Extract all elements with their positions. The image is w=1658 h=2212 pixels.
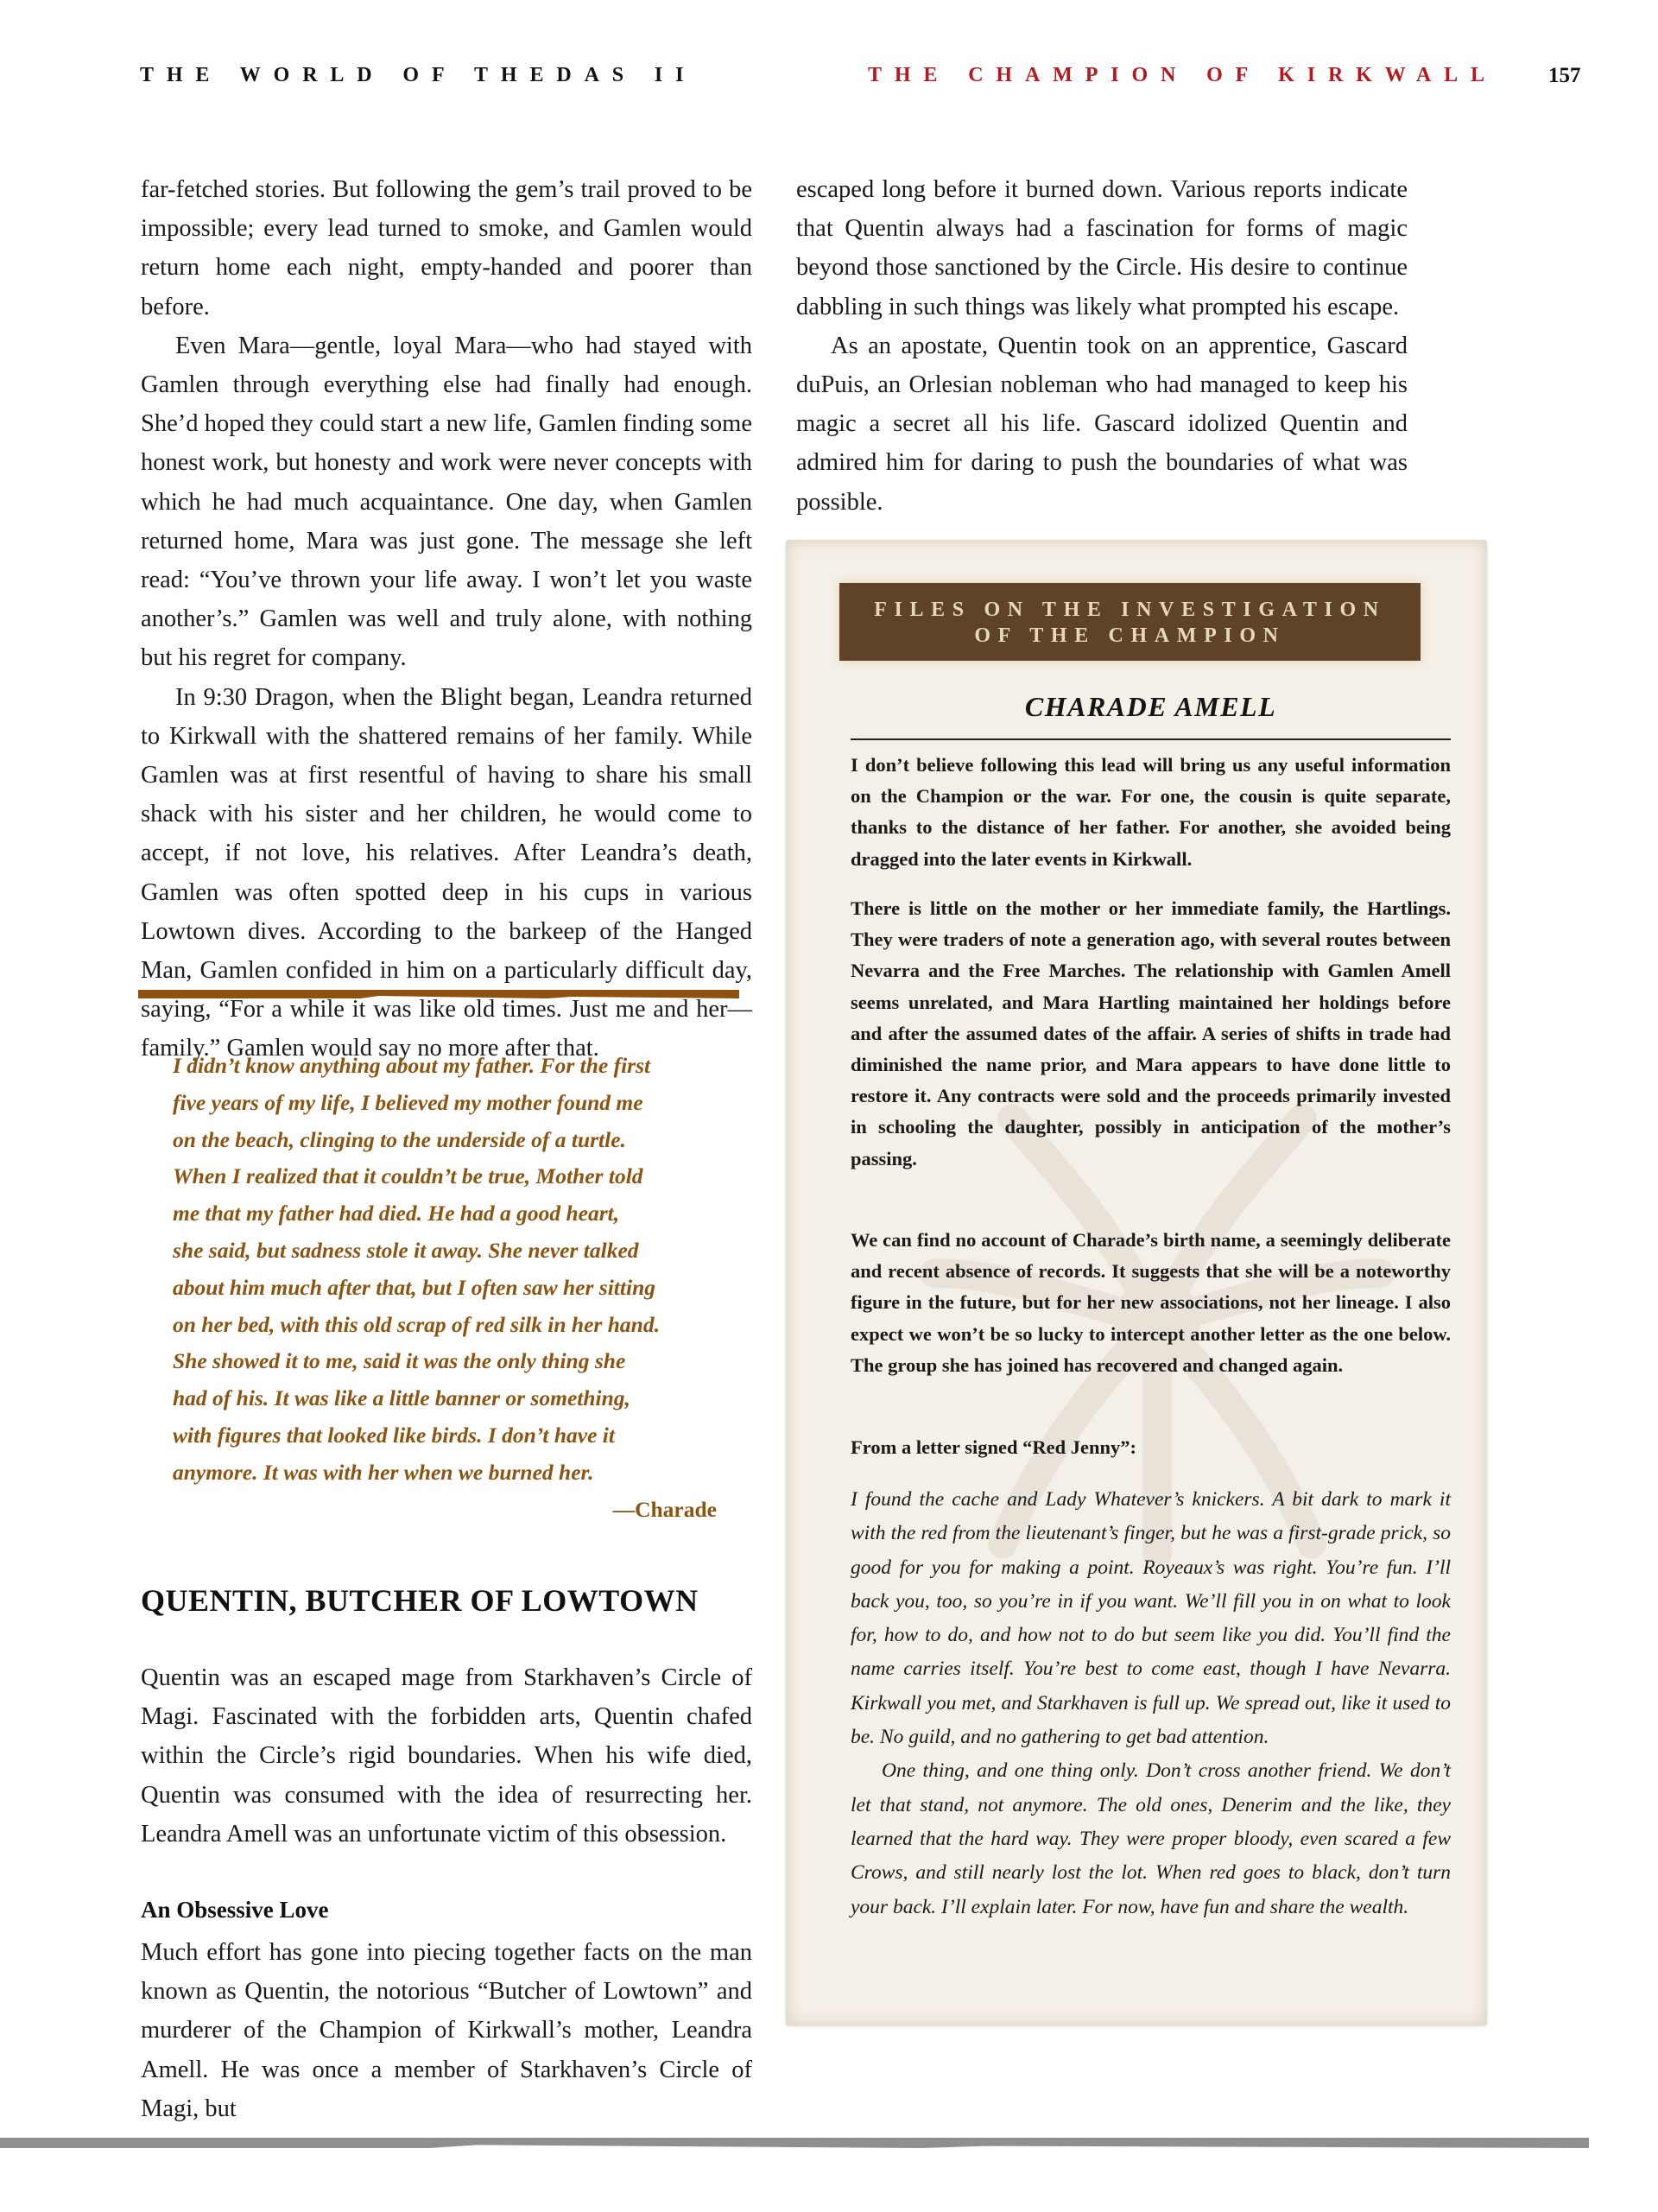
quote-line: on her bed, with this old scrap of red s… — [173, 1307, 708, 1344]
sidebar-paragraph-1: I don’t believe following this lead will… — [851, 750, 1451, 875]
quote-attribution: —Charade — [173, 1492, 717, 1529]
section-heading: QUENTIN, BUTCHER OF LOWTOWN — [141, 1582, 699, 1619]
sidebar-paragraph-3: We can find no account of Charade’s birt… — [851, 1225, 1451, 1381]
page-number: 157 — [1548, 64, 1581, 88]
sidebar-letter-intro: From a letter signed “Red Jenny”: — [851, 1432, 1451, 1463]
sidebar-text: From a letter signed “Red Jenny”: — [851, 1432, 1451, 1463]
right-column-body: escaped long before it burned down. Vari… — [796, 170, 1408, 522]
quote-line: She showed it to me, said it was the onl… — [173, 1343, 708, 1380]
subsection-body: Much effort has gone into piecing togeth… — [141, 1933, 752, 2128]
letter-paragraph: I found the cache and Lady Whatever’s kn… — [851, 1483, 1451, 1754]
quote-line: anymore. It was with her when we burned … — [173, 1455, 708, 1492]
running-header-chapter-title: THE CHAMPION OF KIRKWALL — [868, 64, 1497, 87]
subheading: An Obsessive Love — [141, 1897, 329, 1924]
banner-line-2: OF THE CHAMPION — [839, 623, 1421, 649]
sidebar-title: CHARADE AMELL — [851, 691, 1451, 723]
quote-line: When I realized that it couldn’t be true… — [173, 1158, 708, 1195]
quote-line: I didn’t know anything about my father. … — [173, 1048, 708, 1085]
quote-line: on the beach, clinging to the underside … — [173, 1122, 708, 1159]
body-paragraph: Much effort has gone into piecing togeth… — [141, 1933, 752, 2128]
quote-line: with figures that looked like birds. I d… — [173, 1417, 708, 1455]
quote-line: about him much after that, but I often s… — [173, 1270, 708, 1307]
sidebar-text: I don’t believe following this lead will… — [851, 750, 1451, 875]
letter-paragraph: One thing, and one thing only. Don’t cro… — [851, 1754, 1451, 1924]
quote-line: five years of my life, I believed my mot… — [173, 1085, 708, 1122]
body-paragraph: In 9:30 Dragon, when the Blight began, L… — [141, 678, 752, 1068]
quote-line: had of his. It was like a little banner … — [173, 1380, 708, 1417]
sidebar-banner: FILES ON THE INVESTIGATION OF THE CHAMPI… — [839, 583, 1421, 661]
banner-line-1: FILES ON THE INVESTIGATION — [839, 583, 1421, 623]
body-paragraph: escaped long before it burned down. Vari… — [796, 170, 1408, 326]
sidebar-paragraph-2: There is little on the mother or her imm… — [851, 893, 1451, 1175]
red-jenny-letter: I found the cache and Lady Whatever’s kn… — [851, 1483, 1451, 1924]
section-body: Quentin was an escaped mage from Starkha… — [141, 1658, 752, 1854]
quote-line: she said, but sadness stole it away. She… — [173, 1233, 708, 1270]
body-paragraph: far-fetched stories. But following the g… — [141, 170, 752, 326]
footer-decorative-bar — [0, 2138, 1589, 2148]
body-paragraph: Quentin was an escaped mage from Starkha… — [141, 1658, 752, 1854]
body-paragraph: As an apostate, Quentin took on an appre… — [796, 326, 1408, 522]
sidebar-title-rule — [851, 738, 1451, 740]
pull-quote: I didn’t know anything about my father. … — [173, 1048, 708, 1528]
body-paragraph: Even Mara—gentle, loyal Mara—who had sta… — [141, 326, 752, 678]
left-column-body: far-fetched stories. But following the g… — [141, 170, 752, 1068]
running-header-book-title: THE WORLD OF THEDAS II — [140, 64, 696, 87]
sidebar-text: There is little on the mother or her imm… — [851, 893, 1451, 1175]
sidebar-text: We can find no account of Charade’s birt… — [851, 1225, 1451, 1381]
quote-line: me that my father had died. He had a goo… — [173, 1195, 708, 1233]
